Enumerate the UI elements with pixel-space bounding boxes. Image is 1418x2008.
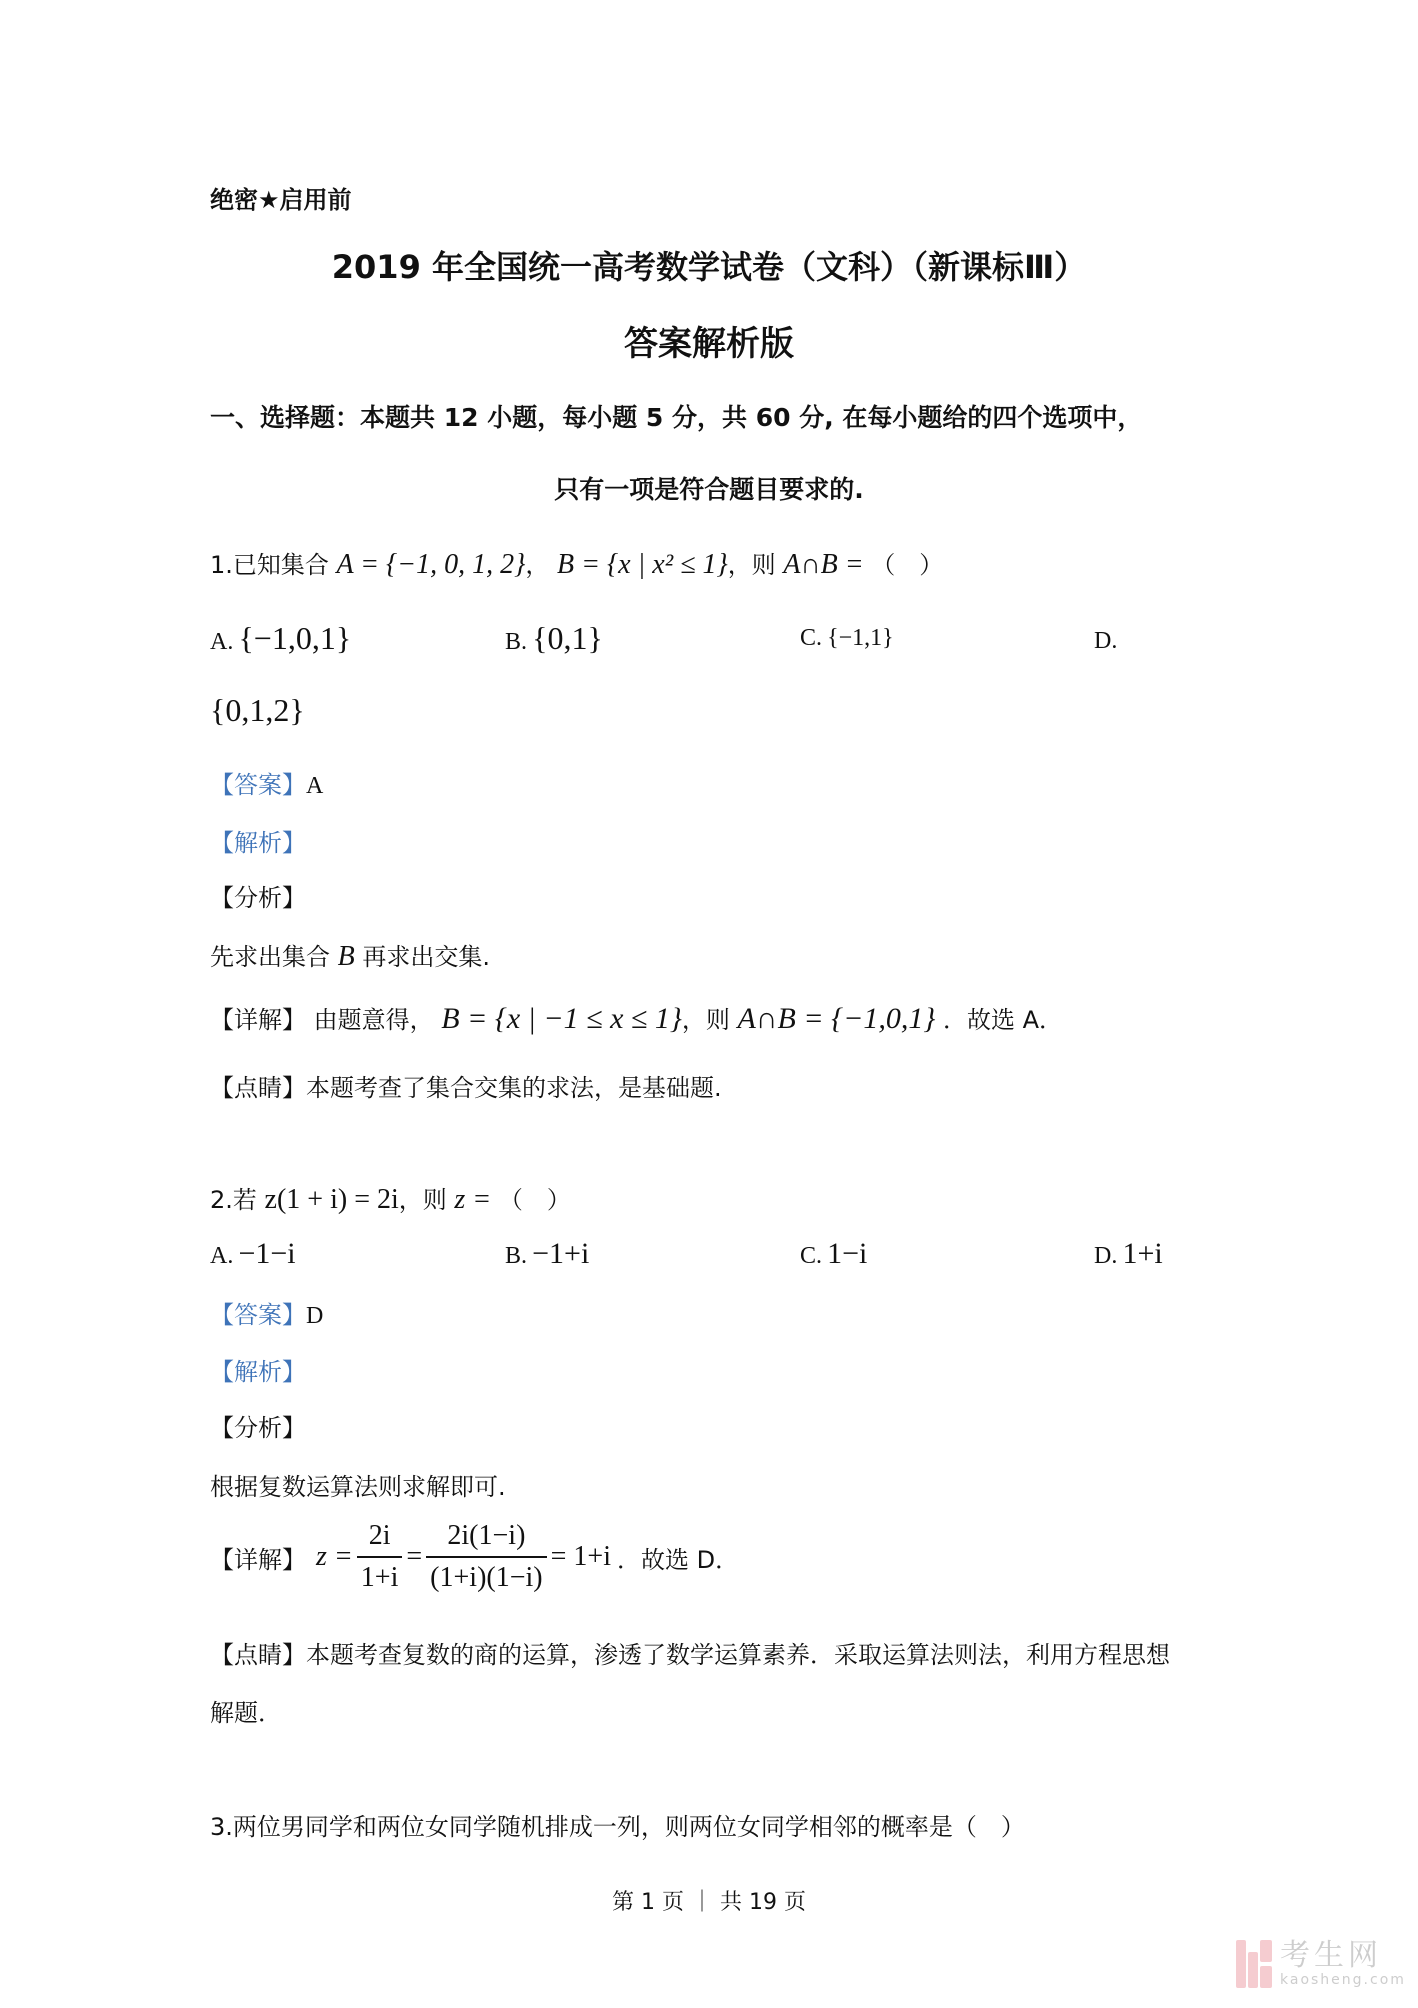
fenxi-text: 先求出集合 [210, 943, 330, 971]
detail-z: z = [316, 1541, 353, 1573]
detail-tag: 【详解】 [210, 1006, 306, 1034]
fraction-numerator: 2i [365, 1520, 395, 1556]
option-label: D. [1094, 1243, 1117, 1269]
fraction-denominator: 1+i [357, 1556, 403, 1594]
option-label: A. [210, 1243, 233, 1269]
option-label: D. [1094, 628, 1117, 654]
doc-subtitle: 答案解析版 [0, 316, 1418, 365]
q1-set-a: A = {−1, 0, 1, 2} [337, 549, 526, 580]
q2-comment-cont: 解题． [210, 1693, 282, 1728]
q2-paren: （ ） [499, 1186, 571, 1214]
q1-set-b: B = {x | x² ≤ 1} [557, 549, 728, 580]
detail-expr-1: B = {x | −1 ≤ x ≤ 1} [441, 1002, 682, 1035]
q1-detail: 【详解】 由题意得， B = {x | −1 ≤ x ≤ 1}，则 A∩B = … [210, 1000, 1063, 1036]
option-value: {−1,0,1} [238, 620, 351, 656]
q1-option-a[interactable]: A. {−1,0,1} [210, 620, 351, 657]
comment-tag: 【点睛】 [210, 1641, 306, 1669]
question-1-stem: 1.已知集合 A = {−1, 0, 1, 2}， B = {x | x² ≤ … [210, 545, 943, 581]
kaosheng-logo-icon [1236, 1940, 1272, 1988]
comment-text: 本题考查了集合交集的求法，是基础题. [306, 1074, 722, 1102]
q2-comment: 【点睛】本题考查复数的商的运算，渗透了数学运算素养．采取运算法则法，利用方程思想 [210, 1635, 1170, 1670]
detail-result: = 1+i [551, 1541, 611, 1573]
q2-z: z = [454, 1184, 491, 1215]
comment-text: 本题考查复数的商的运算，渗透了数学运算素养．采取运算法则法，利用方程思想 [306, 1641, 1170, 1669]
q2-option-b[interactable]: B. −1+i [505, 1237, 589, 1271]
detail-mid: ，则 [682, 1006, 730, 1034]
answer-value: D [306, 1303, 323, 1329]
confidential-label: 绝密★启用前 [210, 180, 352, 215]
q1-sep: ， [525, 551, 549, 579]
q2-answer: 【答案】D [210, 1295, 323, 1330]
fraction-denominator: (1+i)(1−i) [426, 1556, 546, 1594]
watermark-en: kaosheng.com [1280, 1972, 1406, 1988]
fenxi-text-2: 再求出交集. [362, 943, 490, 971]
q2-fenxi-tag: 【分析】 [210, 1408, 306, 1443]
q2-expr: z(1 + i) = 2i [265, 1184, 399, 1215]
detail-end: ．故选 D． [617, 1540, 739, 1575]
q1-option-b[interactable]: B. {0,1} [505, 620, 603, 657]
equals: = [406, 1541, 422, 1573]
fenxi-var: B [338, 941, 355, 972]
fraction-1: 2i 1+i [357, 1520, 403, 1594]
answer-value: A [306, 773, 323, 799]
watermark-cn: 考生网 [1280, 1940, 1382, 1972]
q1-paren: （ ） [871, 551, 943, 579]
option-label: A. [210, 629, 233, 655]
detail-end: ．故选 A． [943, 1006, 1063, 1034]
q1-option-d[interactable]: D. [1094, 628, 1117, 655]
q1-fenxi-tag: 【分析】 [210, 878, 306, 913]
detail-text: 由题意得， [314, 1006, 434, 1034]
q1-option-d-value: {0,1,2} [210, 692, 305, 729]
page-footer: 第 1 页 ｜ 共 19 页 [0, 1885, 1418, 1916]
fraction-2: 2i(1−i) (1+i)(1−i) [426, 1520, 546, 1594]
q2-fenxi-text: 根据复数运算法则求解即可. [210, 1467, 506, 1502]
answer-tag: 【答案】 [210, 771, 306, 799]
option-value: 1+i [1122, 1237, 1162, 1270]
option-value: 1−i [827, 1237, 867, 1270]
watermark: 考生网 kaosheng.com [1236, 1940, 1406, 1988]
q1-answer: 【答案】A [210, 765, 323, 800]
detail-expr-2: A∩B = {−1,0,1} [738, 1002, 936, 1035]
q2-analysis-tag: 【解析】 [210, 1352, 306, 1387]
q2-option-a[interactable]: A. −1−i [210, 1237, 296, 1271]
q2-mid: ，则 [399, 1186, 447, 1214]
q2-option-c[interactable]: C. 1−i [800, 1237, 867, 1271]
question-2-stem: 2.若 z(1 + i) = 2i，则 z = （ ） [210, 1180, 571, 1216]
q1-option-c[interactable]: C. {−1,1} [800, 625, 894, 652]
option-label: C. [800, 625, 822, 651]
option-value: −1−i [238, 1237, 295, 1270]
q1-comment: 【点睛】本题考查了集合交集的求法，是基础题. [210, 1068, 722, 1103]
option-label: B. [505, 1243, 527, 1269]
q2-option-d[interactable]: D. 1+i [1094, 1237, 1163, 1271]
q1-analysis-tag: 【解析】 [210, 823, 306, 858]
fraction-numerator: 2i(1−i) [443, 1520, 529, 1556]
doc-title: 2019 年全国统一高考数学试卷（文科）（新课标Ⅲ） [0, 242, 1418, 288]
option-label: C. [800, 1243, 822, 1269]
option-value: {−1,1} [827, 625, 894, 651]
q1-sep2: ，则 [728, 551, 776, 579]
q1-intersection: A∩B = [783, 549, 863, 580]
option-value: −1+i [532, 1237, 589, 1270]
q2-prefix: 2.若 [210, 1186, 257, 1214]
comment-tag: 【点睛】 [210, 1074, 306, 1102]
option-label: B. [505, 629, 527, 655]
option-value: {0,1} [532, 620, 603, 656]
q2-detail: 【详解】 z = 2i 1+i = 2i(1−i) (1+i)(1−i) = 1… [210, 1520, 739, 1594]
question-3-stem: 3.两位男同学和两位女同学随机排成一列，则两位女同学相邻的概率是（ ） [210, 1807, 1025, 1842]
section-heading: 一、选择题：本题共 12 小题，每小题 5 分，共 60 分, 在每小题给的四个… [210, 398, 1142, 434]
section-heading-cont: 只有一项是符合题目要求的. [0, 470, 1418, 506]
answer-tag: 【答案】 [210, 1301, 306, 1329]
q1-prefix: 1.已知集合 [210, 551, 329, 579]
detail-tag: 【详解】 [210, 1540, 306, 1575]
q1-fenxi-text: 先求出集合 B 再求出交集. [210, 937, 490, 973]
